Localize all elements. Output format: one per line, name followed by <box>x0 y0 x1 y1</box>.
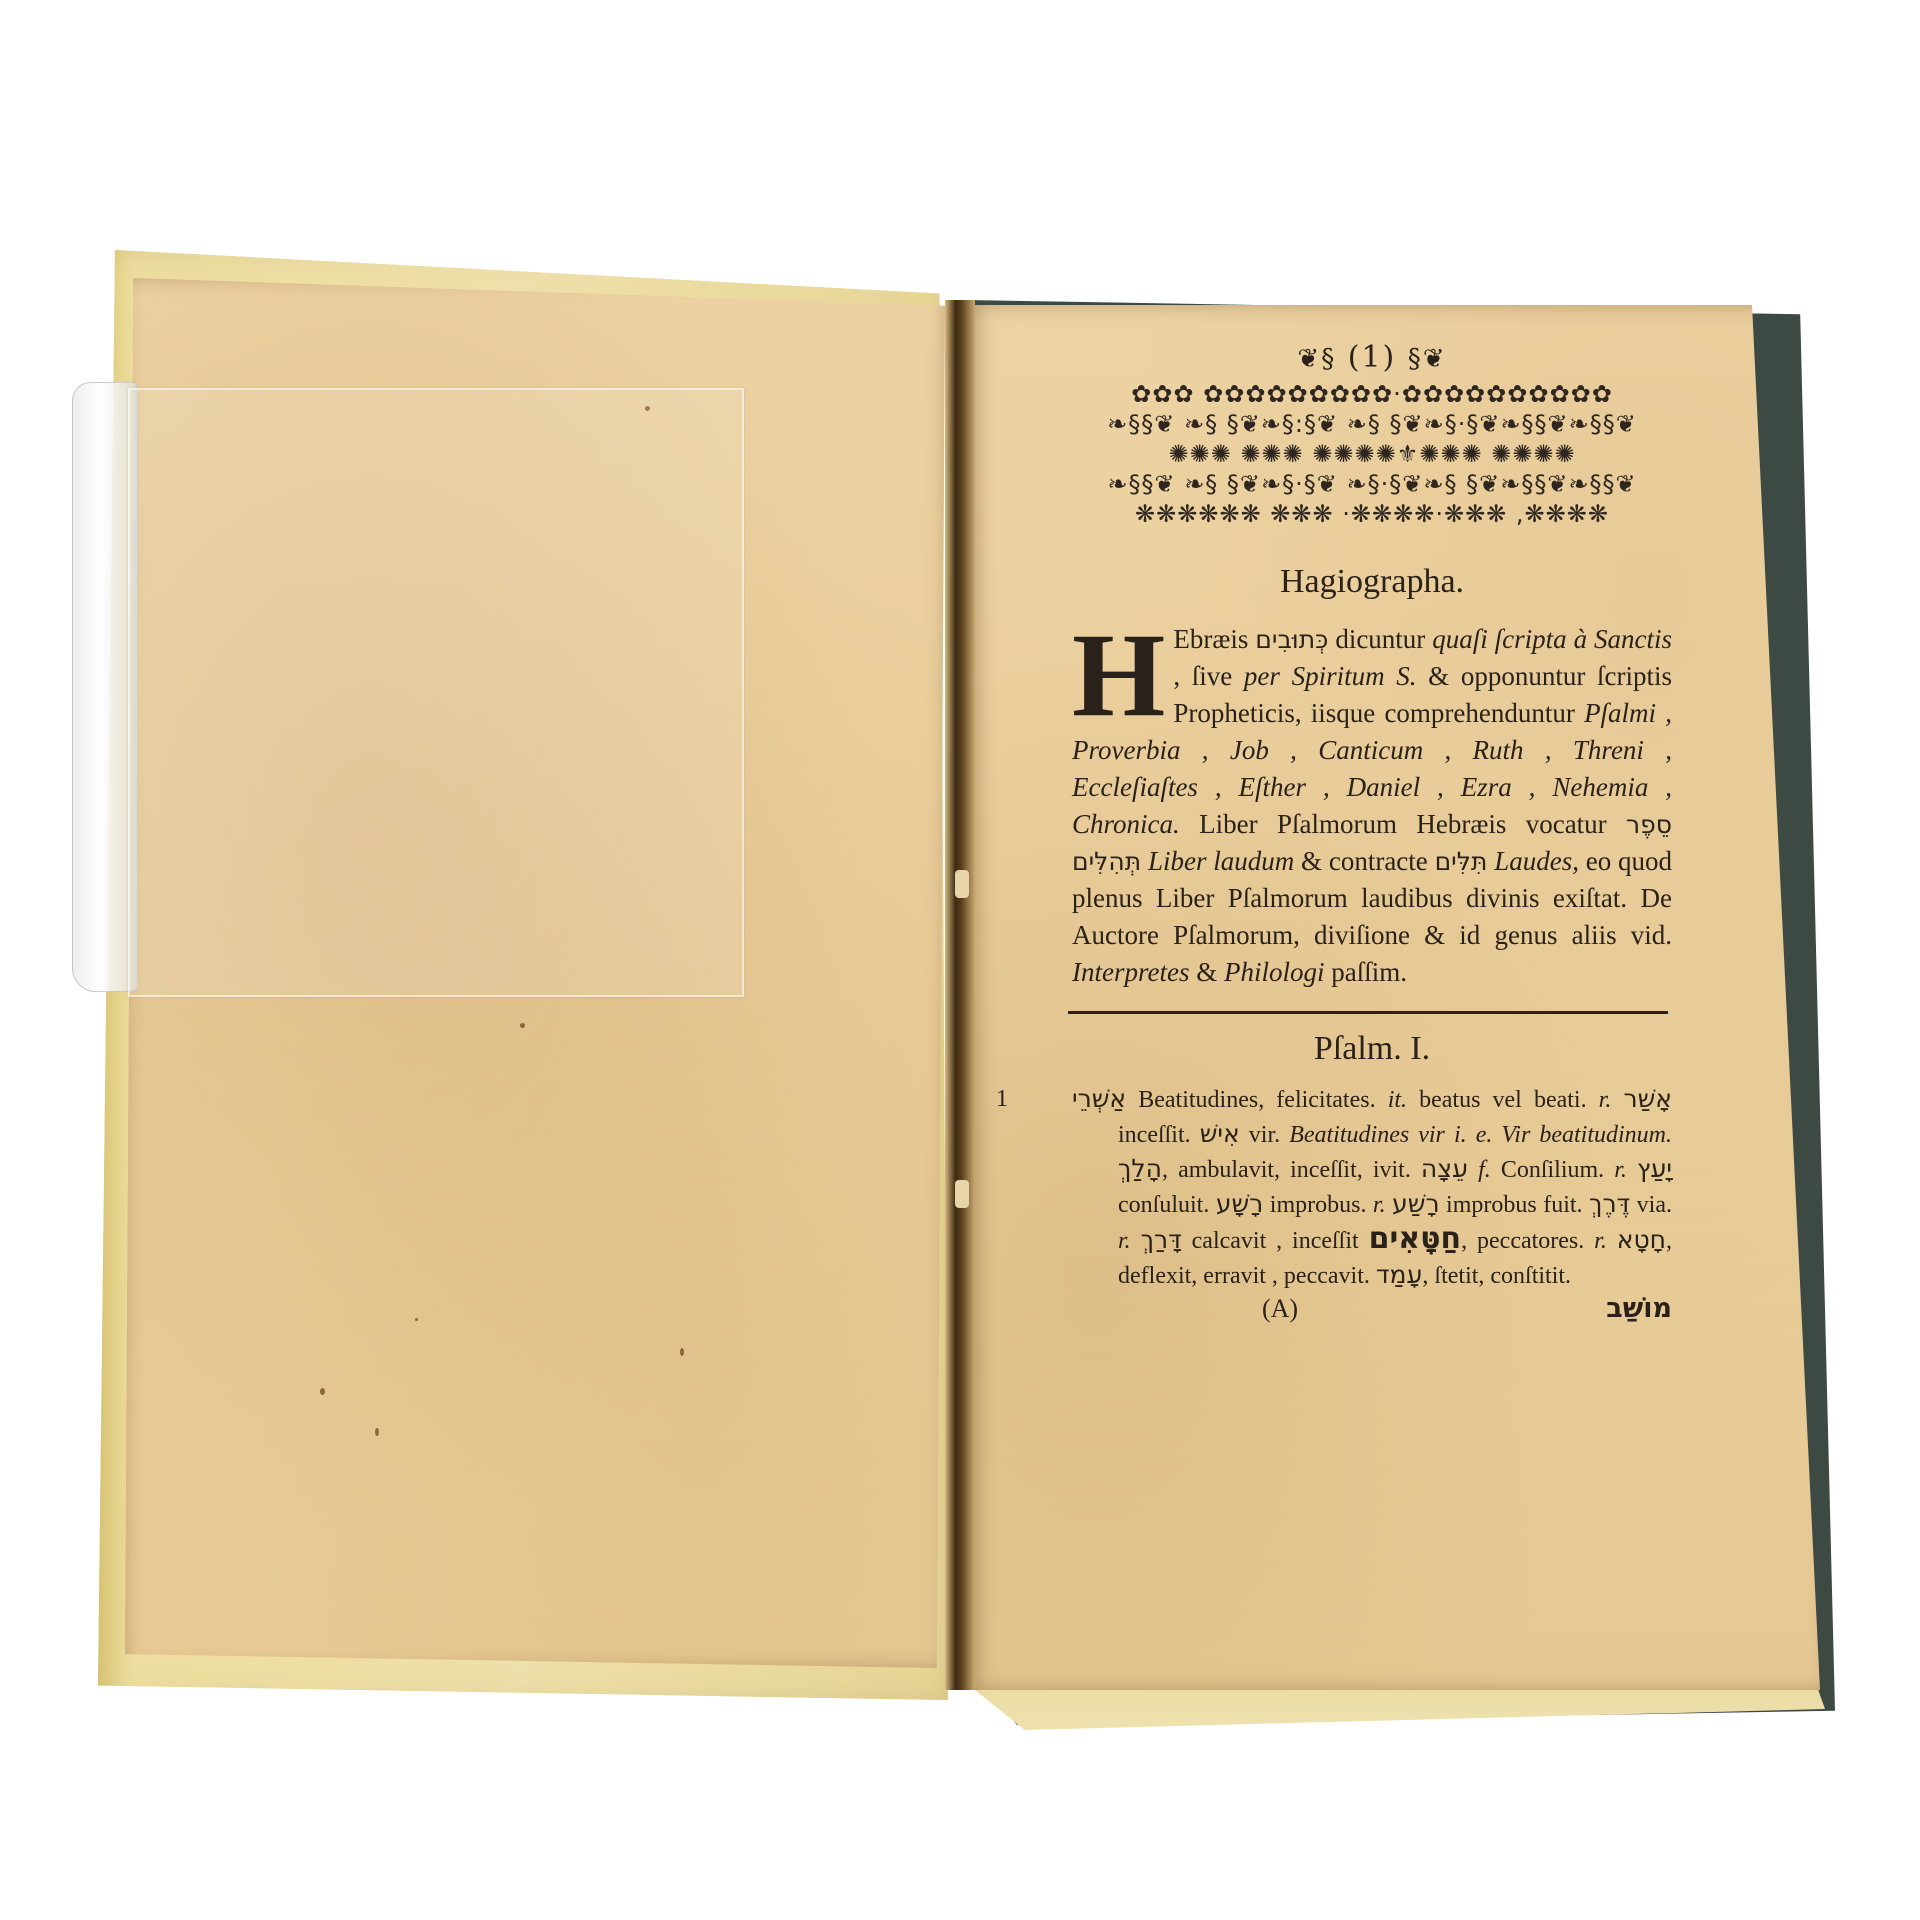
text-run: , ambulavit, inceſſit, ivit. <box>1162 1157 1421 1183</box>
italic-run: r. <box>1614 1157 1627 1183</box>
text-run: calcavit , inceſſit <box>1182 1228 1369 1254</box>
folio-ornament-right: §❦ <box>1408 344 1447 374</box>
hebrew-word: הָלַךְ <box>1118 1154 1162 1183</box>
hebrew-word: עָמַד <box>1376 1260 1423 1289</box>
text-run: dicuntur <box>1328 624 1432 654</box>
drop-capital: H <box>1072 625 1165 725</box>
section-heading: Hagiographa. <box>1072 563 1672 601</box>
hebrew-word: תִּלִּים <box>1435 847 1488 876</box>
italic-run: Beatitudines vir i. e. Vir beatitudinum. <box>1289 1122 1672 1148</box>
italic-run: Laudes, <box>1494 846 1579 876</box>
page-folio: ❦§ (1) §❦ <box>1072 340 1672 375</box>
folio-number: (1) <box>1348 340 1397 375</box>
text-run: Ebræis <box>1173 624 1255 654</box>
italic-run: r. <box>1373 1192 1386 1218</box>
headpiece-ornament: ✿✿✿ ✿✿✿✿✿✿✿✿✿·✿✿✿✿✿✿✿✿✿✿ ❧§§❦ ❧§ §❦❧§:§❦… <box>1072 379 1672 529</box>
text-run: , ſtetit, conſtitit. <box>1422 1263 1571 1289</box>
foxing-spot <box>320 1388 325 1395</box>
text-run: via. <box>1630 1192 1672 1218</box>
text-run: inceſſit. <box>1118 1122 1200 1148</box>
section-rule <box>1068 1011 1668 1014</box>
italic-run: Interpretes <box>1072 957 1189 987</box>
ornament-row: ❧§§❦ ❧§ §❦❧§:§❦ ❧§ §❦❧§·§❦❧§§❦❧§§❦ <box>1072 409 1672 439</box>
italic-run: Philologi <box>1224 957 1325 987</box>
hebrew-word: יָעַץ <box>1637 1154 1672 1183</box>
text-run <box>1141 846 1148 876</box>
hebrew-word: רָשָׁע <box>1216 1189 1263 1218</box>
text-run: , peccatores. <box>1461 1228 1594 1254</box>
ornament-row: ❋❋❋❋❋❋ ❋❋❋ ·❋❋❋❋·❋❋❋ ,❋❋❋❋ <box>1072 499 1672 529</box>
text-run: paſſim. <box>1324 957 1407 987</box>
hebrew-word: דֶּרֶךְ <box>1589 1189 1630 1218</box>
ornament-row: ✺✺✺ ✺✺✺ ✺✺✺✺⚜✺✺✺ ✺✺✺✺ <box>1072 439 1672 469</box>
signature-mark: (A) <box>1262 1294 1298 1324</box>
foxing-spot <box>520 1023 525 1028</box>
hebrew-word: עֵצָה <box>1421 1154 1468 1183</box>
foxing-spot <box>680 1348 684 1356</box>
psalm-gloss: 1 אַשְׁרֵי Beatitudines, felicitates. it… <box>1072 1082 1672 1293</box>
italic-run: Liber laudum <box>1148 846 1294 876</box>
acrylic-book-stand <box>128 388 744 997</box>
hebrew-word: אַשְׁרֵי <box>1072 1084 1126 1113</box>
printed-text-area: ❦§ (1) §❦ ✿✿✿ ✿✿✿✿✿✿✿✿✿·✿✿✿✿✿✿✿✿✿✿ ❧§§❦ … <box>1072 340 1672 1324</box>
text-run: Conſilium. <box>1491 1157 1615 1183</box>
text-run: beatus vel beati. <box>1407 1087 1599 1113</box>
text-run: vir. <box>1240 1122 1289 1148</box>
hebrew-word: דָּרַךְ <box>1141 1225 1182 1254</box>
spine-gutter <box>945 300 975 1690</box>
italic-run: per Spiritum S. <box>1244 661 1417 691</box>
folio-ornament-left: ❦§ <box>1297 344 1336 374</box>
text-run: Liber Pſalmorum Hebræis vocatur <box>1180 809 1626 839</box>
intro-paragraph: HEbræis כְּתוּבִים dicuntur quaſi ſcript… <box>1072 621 1672 991</box>
ornament-row: ❧§§❦ ❧§ §❦❧§·§❦ ❧§·§❦❧§ §❦❧§§❦❧§§❦ <box>1072 469 1672 499</box>
ornament-row: ✿✿✿ ✿✿✿✿✿✿✿✿✿·✿✿✿✿✿✿✿✿✿✿ <box>1072 379 1672 409</box>
italic-run: r. <box>1118 1228 1131 1254</box>
text-run: conſuluit. <box>1118 1192 1216 1218</box>
foxing-spot <box>375 1428 379 1436</box>
catchword: מוֹשַׁב <box>1606 1293 1672 1324</box>
hebrew-word: חַטָּאִים <box>1369 1221 1462 1256</box>
hebrew-word: רָשַׁע <box>1392 1189 1439 1218</box>
text-run: Beatitudines, felicitates. <box>1126 1087 1388 1113</box>
text-run: & <box>1189 957 1224 987</box>
italic-run: r. <box>1594 1228 1607 1254</box>
foxing-spot <box>415 1318 418 1321</box>
text-run: , ſive <box>1173 661 1244 691</box>
italic-run: f. <box>1468 1157 1491 1183</box>
text-run: improbus fuit. <box>1440 1192 1589 1218</box>
text-run: & contracte <box>1294 846 1434 876</box>
hebrew-word: חָטָא <box>1617 1225 1666 1254</box>
hebrew-word: כְּתוּבִים <box>1255 625 1328 654</box>
italic-run: it. <box>1388 1087 1407 1113</box>
italic-run: r. <box>1599 1087 1612 1113</box>
psalm-heading: Pſalm. I. <box>1072 1030 1672 1068</box>
binding-stitch <box>955 1180 969 1208</box>
italic-run: quaſi ſcripta à Sanctis <box>1432 624 1672 654</box>
text-run: improbus. <box>1263 1192 1373 1218</box>
hebrew-word: אָשַׁר <box>1623 1084 1672 1113</box>
page-footer: (A) מוֹשַׁב <box>1072 1293 1672 1324</box>
binding-stitch <box>955 870 969 898</box>
hebrew-word: אִישׁ <box>1200 1119 1240 1148</box>
